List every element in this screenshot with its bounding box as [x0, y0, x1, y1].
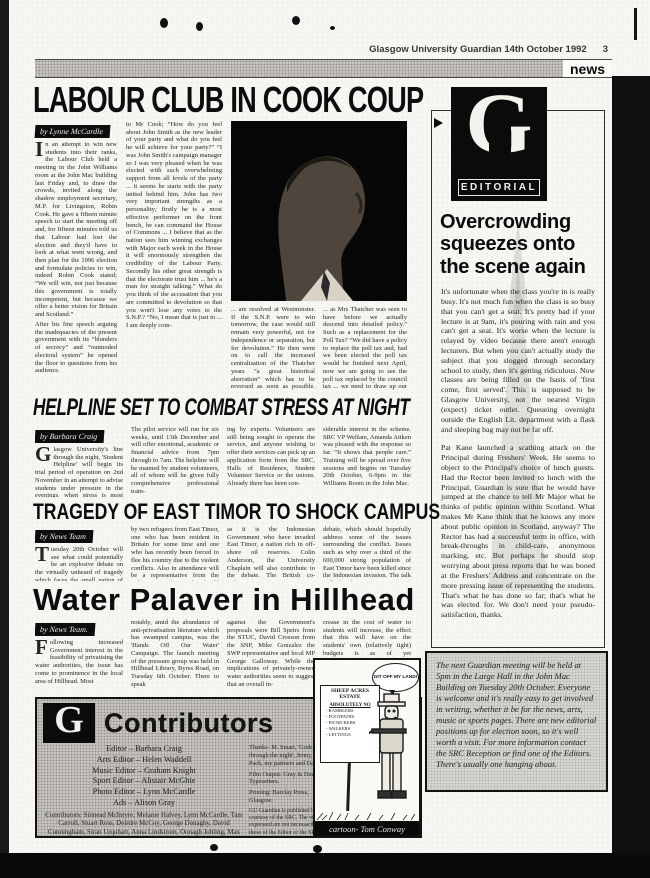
labour-column-2: to Mr Cook; “How do you feel about John … [126, 121, 222, 392]
tragedy-column-2: by two refugees from East Timor, one who… [131, 526, 219, 581]
labour-headline: LABOUR CLUB IN COOK COUP [33, 80, 423, 121]
page-number: 3 [603, 44, 608, 55]
drop-cap: T [35, 546, 51, 562]
water-column-2: notably, amid the abundance of anti-priv… [131, 619, 219, 693]
cartoon-caption: cartoon- Tom Conway [315, 821, 419, 836]
tragedy-column-3: as it is the Indonesian Government who h… [227, 526, 315, 581]
helpline-column-1: by Barbara Craig Glasgow University's li… [35, 426, 123, 497]
farmer-figure [369, 692, 415, 825]
section-label: news [563, 60, 612, 77]
robin-cook-photo [231, 121, 407, 301]
tragedy-article: by News Team Tuesday 20th October will s… [35, 526, 413, 581]
labour-byline: by Lynne McCardle [35, 125, 111, 138]
helpline-article: by Barbara Craig Glasgow University's li… [35, 426, 413, 497]
tragedy-column-4: debate, which should hopefully address s… [323, 526, 411, 581]
labour-subcolumns: ... are resolved at Westminster. If the … [231, 306, 407, 390]
role-line: Sport Editor – Alistair McGhie [45, 776, 243, 787]
scan-dot [330, 26, 335, 30]
masthead-title: Glasgow University Guardian 14th October… [369, 44, 587, 55]
water-column-3: against the Government's proposals were … [227, 619, 315, 693]
labour-paragraph: After his fine speech arguing the inadeq… [35, 321, 117, 375]
role-line: Music Editor – Graham Knight [45, 766, 243, 777]
scan-dot [160, 18, 168, 28]
contributor-names: Contributors: Sinnead McIntyre, Melanie … [45, 812, 243, 838]
tragedy-byline: by News Team [35, 530, 93, 543]
water-text-1: Following increased Government interest … [35, 639, 123, 693]
grass-drawing [315, 807, 419, 821]
labour-article: by Lynne McCardle In an attempt to win n… [35, 121, 407, 392]
meeting-notice-box: The next Guardian meeting will be held a… [425, 651, 608, 792]
scan-edge-left [0, 0, 9, 878]
labour-text-4: ... as Mrs Thatcher was seen to have bef… [323, 306, 407, 390]
scan-edge-right [612, 76, 650, 855]
news-section-banner: news [35, 59, 612, 78]
tragedy-column-1: by News Team Tuesday 20th October will s… [35, 526, 123, 581]
role-line: Editor – Barbara Craig [45, 744, 243, 755]
tragedy-text-1: Tuesday 20th October will see what could… [35, 546, 123, 581]
masthead: Glasgow University Guardian 14th October… [300, 44, 608, 55]
sign-post [346, 763, 351, 811]
farmer-drawing [369, 692, 415, 820]
labour-column-1: by Lynne McCardle In an attempt to win n… [35, 121, 117, 392]
helpline-text-1: Glasgow University's line through the ni… [35, 446, 123, 497]
arrow-icon [434, 118, 443, 128]
editorial-paragraph-1: It's unfortunate when the class you're i… [441, 287, 595, 434]
labour-column-3: ... are resolved at Westminster. If the … [231, 121, 407, 392]
drop-cap: G [35, 446, 53, 462]
editor-roles: Editor – Barbara Craig Arts Editor – Hel… [45, 744, 243, 838]
helpline-column-4: siderable interest in the scheme. SRC VP… [323, 426, 411, 497]
tragedy-headline: TRAGEDY OF EAST TIMOR TO SHOCK CAMPUS [33, 499, 440, 525]
helpline-column-3: ing by experts. Volunteers are still bei… [227, 426, 315, 497]
helpline-byline: by Barbara Craig [35, 430, 105, 443]
scan-dot [292, 16, 300, 25]
scan-dot [313, 845, 322, 853]
helpline-headline: HELPLINE SET TO COMBAT STRESS AT NIGHT [33, 394, 409, 422]
portrait-silhouette [231, 121, 407, 301]
scan-mark [634, 8, 637, 40]
water-headline: Water Palaver in Hillhead [33, 582, 415, 618]
role-line: Arts Editor – Helen Waddell [45, 755, 243, 766]
editorial-paragraph-2: Pat Kane launched a scathing attack on t… [441, 443, 595, 620]
labour-text-3: ... are resolved at Westminster. If the … [231, 306, 315, 390]
contributors-heading: Contributors [104, 708, 273, 739]
guardian-g-logo: G EDITORIAL [451, 87, 547, 201]
drop-cap: F [35, 639, 50, 655]
cartoon-panel: GIT OFF MY LAND! SHEEP ACRES ESTATE ABSO… [313, 658, 421, 838]
g-letter: G [43, 698, 95, 742]
drop-cap: I [35, 141, 45, 157]
labour-text-1: In an attempt to win new students into t… [35, 141, 117, 391]
water-byline: by News Team. [35, 623, 95, 636]
role-line: Ads – Alison Gray [45, 798, 243, 809]
banner-texture [35, 60, 563, 77]
editorial-box: G EDITORIAL Overcrowding squeezes onto t… [431, 110, 605, 648]
water-column-1: by News Team. Following increased Govern… [35, 619, 123, 693]
editorial-label: EDITORIAL [458, 179, 540, 196]
newspaper-page: Glasgow University Guardian 14th October… [0, 0, 650, 878]
role-line: Photo Editor – Lynn McCardle [45, 787, 243, 798]
labour-paragraph: n an attempt to win new students into th… [35, 141, 117, 318]
scan-edge-bottom [0, 853, 650, 878]
guardian-g-logo-small: G [43, 703, 95, 743]
helpline-column-2: The pilot service will run for six weeks… [131, 426, 219, 497]
scan-dot [196, 22, 203, 31]
scan-dot [210, 844, 218, 851]
